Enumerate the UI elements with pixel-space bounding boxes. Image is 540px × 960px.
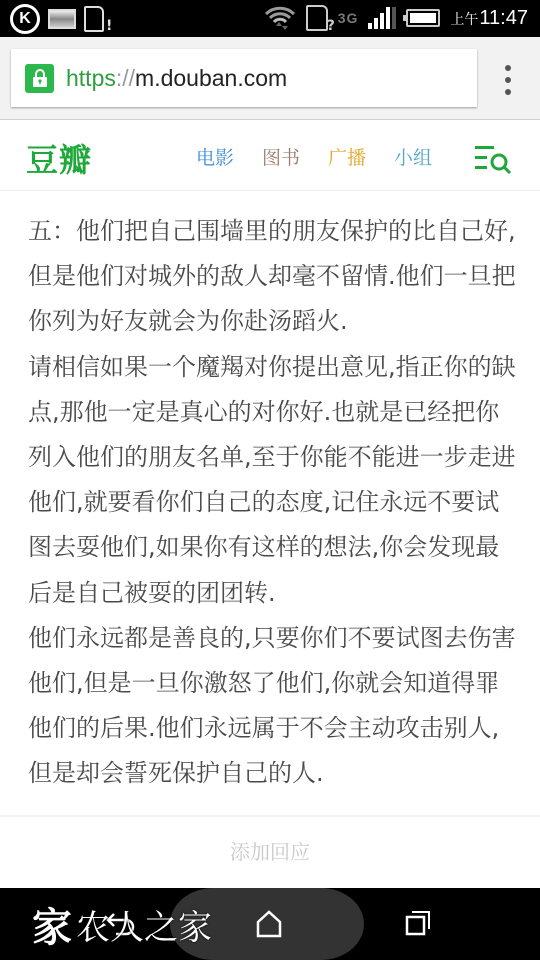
url-host: m.douban.com bbox=[135, 65, 287, 91]
divider bbox=[0, 815, 540, 817]
nav-broadcast[interactable]: 广播 bbox=[328, 143, 366, 170]
dot-icon bbox=[505, 77, 511, 83]
paragraph: 请相信如果一个魔羯对你提出意见,指正你的缺点,那他一定是真心的对你好.也就是已经… bbox=[28, 345, 518, 616]
paragraph: 他们永远都是善良的,只要你们不要试图去伤害他们,但是一旦你激怒了他们,你就会知道… bbox=[28, 616, 518, 797]
sd-card-warning-icon bbox=[84, 6, 104, 32]
dot-icon bbox=[505, 65, 511, 71]
signal-strength-icon bbox=[368, 7, 396, 29]
watermark-logo: 家 bbox=[32, 896, 72, 953]
clock-period: 上午 bbox=[450, 9, 478, 29]
image-notification-icon bbox=[48, 9, 76, 29]
watermark: 家 农人之家 bbox=[32, 896, 212, 953]
recent-apps-icon[interactable] bbox=[405, 910, 431, 936]
address-bar[interactable]: https://m.douban.com bbox=[11, 49, 477, 107]
clock-time: 11:47 bbox=[479, 7, 528, 30]
dot-icon bbox=[505, 89, 511, 95]
k-app-icon: K bbox=[10, 4, 40, 34]
douban-logo[interactable]: 豆瓣 bbox=[26, 135, 92, 181]
menu-search-icon[interactable] bbox=[474, 144, 514, 174]
nav-groups[interactable]: 小组 bbox=[394, 143, 432, 170]
lock-icon[interactable] bbox=[25, 64, 54, 93]
site-header: 豆瓣 电影 图书 广播 小组 bbox=[0, 121, 540, 191]
battery-icon bbox=[406, 9, 440, 27]
network-type: 3G bbox=[338, 10, 359, 26]
nav-books[interactable]: 图书 bbox=[262, 143, 300, 170]
paragraph: 五：他们把自己围墙里的朋友保护的比自己好,但是他们对城外的敌人却毫不留情.他们一… bbox=[28, 209, 518, 345]
nav-movie[interactable]: 电影 bbox=[196, 143, 234, 170]
status-bar: K 3G 上午 11:47 bbox=[0, 0, 540, 37]
url-scheme: https bbox=[66, 65, 116, 91]
add-reply-button[interactable]: 添加回应 bbox=[0, 836, 540, 865]
url-separator: :// bbox=[116, 65, 135, 91]
watermark-text: 农人之家 bbox=[76, 900, 212, 949]
sim-card-unknown-icon bbox=[306, 5, 328, 31]
site-nav: 电影 图书 广播 小组 bbox=[196, 143, 432, 170]
browser-toolbar: https://m.douban.com bbox=[0, 37, 540, 120]
home-icon[interactable] bbox=[255, 910, 283, 938]
clock: 上午 11:47 bbox=[450, 7, 528, 30]
browser-menu-button[interactable] bbox=[503, 65, 513, 95]
wifi-icon bbox=[264, 4, 296, 32]
post-content: 五：他们把自己围墙里的朋友保护的比自己好,但是他们对城外的敌人却毫不留情.他们一… bbox=[28, 209, 518, 797]
url-text[interactable]: https://m.douban.com bbox=[66, 65, 287, 92]
